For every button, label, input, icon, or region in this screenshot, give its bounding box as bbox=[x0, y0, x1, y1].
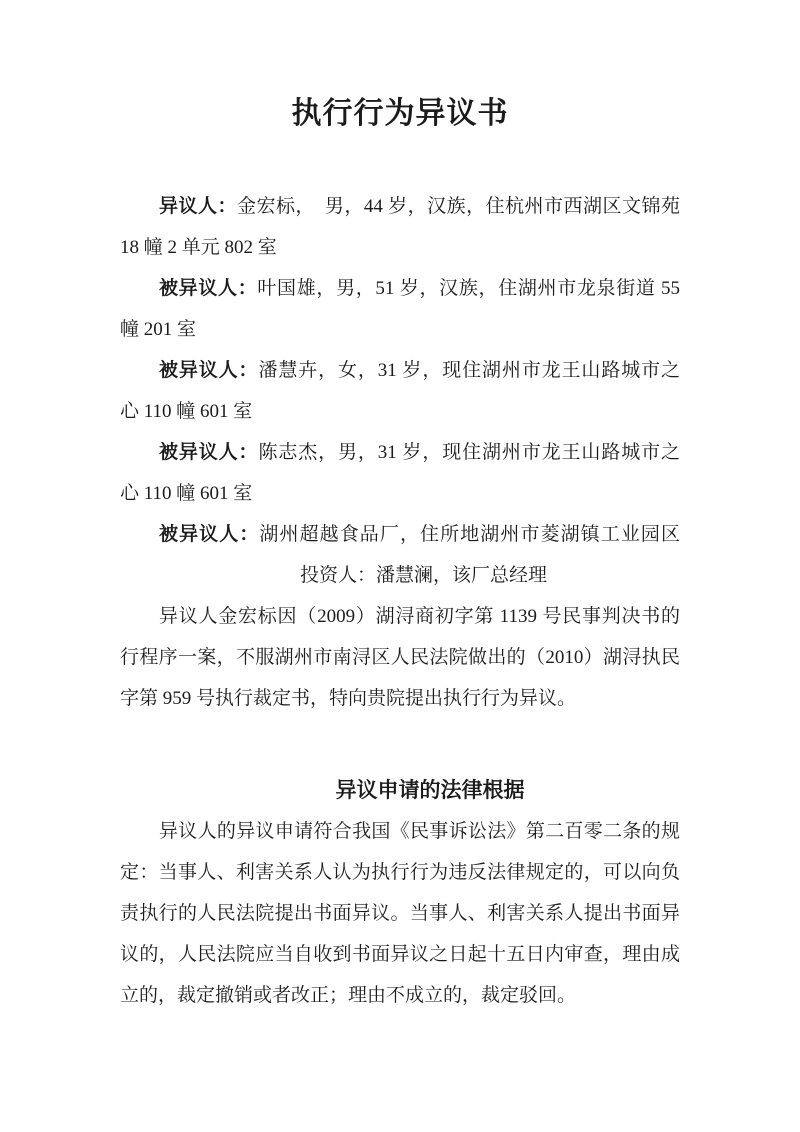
legal-line: 异议人的异议申请符合我国《民事诉讼法》第二百零二条的规 bbox=[120, 811, 680, 852]
party-label: 异议人： bbox=[159, 196, 237, 217]
party-line: 被异议人：叶国雄，男，51 岁，汉族，住湖州市龙泉街道 55 bbox=[120, 268, 680, 309]
investor-line: 投资人：潘慧澜，该厂总经理 bbox=[120, 555, 680, 596]
section-heading: 异议申请的法律根据 bbox=[120, 770, 680, 811]
legal-line: 议的，人民法院应当自收到书面异议之日起十五日内审查，理由成 bbox=[120, 934, 680, 975]
intro-line: 字第 959 号执行裁定书，特向贵院提出执行行为异议。 bbox=[120, 678, 680, 719]
party-info: 潘慧卉，女，31 岁，现住湖州市龙王山路城市之 bbox=[258, 360, 680, 381]
party-label: 被异议人： bbox=[159, 278, 257, 299]
legal-line: 责执行的人民法院提出书面异议。当事人、利害关系人提出书面异 bbox=[120, 893, 680, 934]
legal-line: 立的，裁定撤销或者改正；理由不成立的，裁定驳回。 bbox=[120, 975, 680, 1016]
document-body: 异议人：金宏标， 男，44 岁，汉族，住杭州市西湖区文锦苑 18 幢 2 单元 … bbox=[120, 186, 680, 1016]
party-info: 湖州超越食品厂，住所地湖州市菱湖镇工业园区 bbox=[259, 524, 680, 545]
party-label: 被异议人： bbox=[159, 442, 258, 463]
party-info: 金宏标， 男，44 岁，汉族，住杭州市西湖区文锦苑 bbox=[237, 196, 680, 217]
party-info: 陈志杰，男，31 岁，现住湖州市龙王山路城市之 bbox=[258, 442, 680, 463]
party-line: 异议人：金宏标， 男，44 岁，汉族，住杭州市西湖区文锦苑 bbox=[120, 186, 680, 227]
party-line: 被异议人：湖州超越食品厂，住所地湖州市菱湖镇工业园区 bbox=[120, 514, 680, 555]
legal-line: 定：当事人、利害关系人认为执行行为违反法律规定的，可以向负 bbox=[120, 852, 680, 893]
party-line-continuation: 心 110 幢 601 室 bbox=[120, 391, 680, 432]
document-page: 执行行为异议书 异议人：金宏标， 男，44 岁，汉族，住杭州市西湖区文锦苑 18… bbox=[0, 0, 800, 1132]
party-line: 被异议人：陈志杰，男，31 岁，现住湖州市龙王山路城市之 bbox=[120, 432, 680, 473]
party-line-continuation: 幢 201 室 bbox=[120, 309, 680, 350]
party-label: 被异议人： bbox=[159, 524, 259, 545]
party-info: 叶国雄，男，51 岁，汉族，住湖州市龙泉街道 55 bbox=[257, 278, 680, 299]
party-label: 被异议人： bbox=[159, 360, 258, 381]
intro-line: 异议人金宏标因（2009）湖浔商初字第 1139 号民事判决书的执 bbox=[120, 596, 680, 637]
intro-line: 行程序一案，不服湖州市南浔区人民法院做出的（2010）湖浔执民 bbox=[120, 637, 680, 678]
party-line: 被异议人：潘慧卉，女，31 岁，现住湖州市龙王山路城市之 bbox=[120, 350, 680, 391]
party-line-continuation: 18 幢 2 单元 802 室 bbox=[120, 227, 680, 268]
document-title: 执行行为异议书 bbox=[0, 0, 800, 136]
party-line-continuation: 心 110 幢 601 室 bbox=[120, 473, 680, 514]
